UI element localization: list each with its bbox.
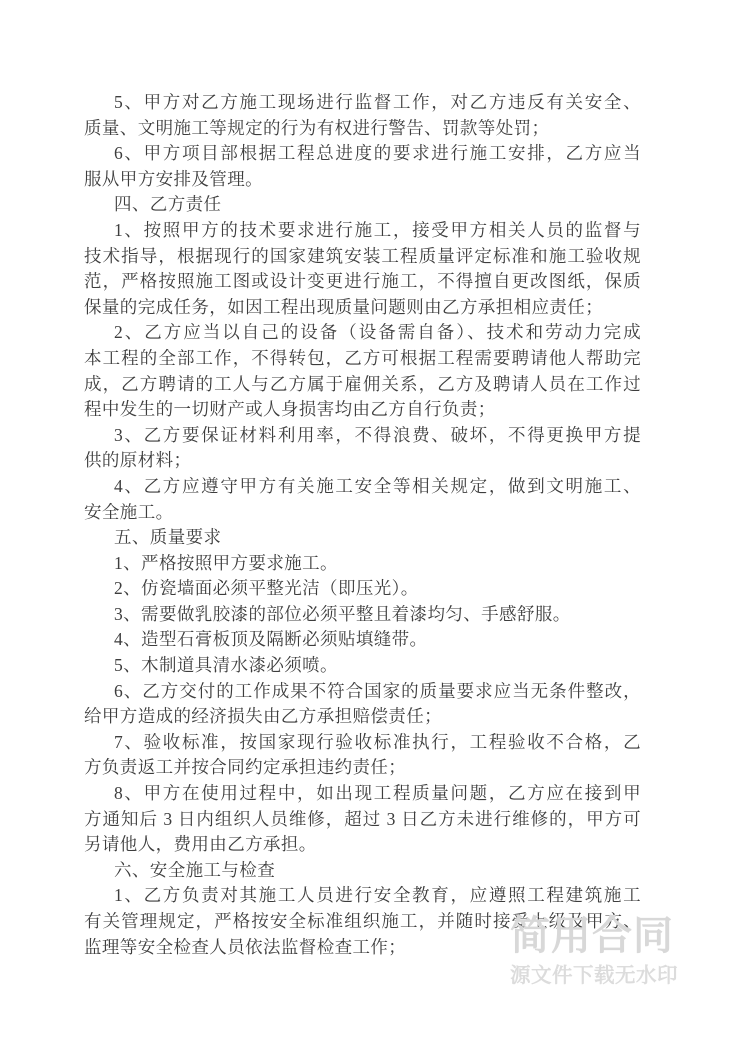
contract-body: 5、甲方对乙方施工现场进行监督工作，对乙方违反有关安全、质量、文明施工等规定的行… bbox=[84, 90, 641, 960]
watermark-subtitle: 源文件下载无水印 bbox=[510, 965, 742, 987]
text-line: 保量的完成任务，如因工程出现质量问题则由乙方承担相应责任； bbox=[84, 295, 641, 321]
text-line: 质量、文明施工等规定的行为有权进行警告、罚款等处罚； bbox=[84, 116, 641, 142]
text-line: 3、乙方要保证材料利用率，不得浪费、破坏，不得更换甲方提 bbox=[84, 423, 641, 449]
text-line: 1、乙方负责对其施工人员进行安全教育，应遵照工程建筑施工 bbox=[84, 883, 641, 909]
text-line: 4、乙方应遵守甲方有关施工安全等相关规定，做到文明施工、 bbox=[84, 474, 641, 500]
text-line: 6、甲方项目部根据工程总进度的要求进行施工安排，乙方应当 bbox=[84, 141, 641, 167]
text-line: 另请他人，费用由乙方承担。 bbox=[84, 832, 641, 858]
text-line: 程中发生的一切财产或人身损害均由乙方自行负责； bbox=[84, 397, 641, 423]
text-line: 成，乙方聘请的工人与乙方属于雇佣关系，乙方及聘请人员在工作过 bbox=[84, 372, 641, 398]
text-line: 供的原材料； bbox=[84, 448, 641, 474]
watermark: 简用合同 源文件下载无水印 bbox=[510, 914, 742, 987]
text-line: 7、验收标准，按国家现行验收标准执行，工程验收不合格，乙 bbox=[84, 730, 641, 756]
text-line: 6、乙方交付的工作成果不符合国家的质量要求应当无条件整改， bbox=[84, 679, 641, 705]
text-line: 4、造型石膏板顶及隔断必须贴填缝带。 bbox=[84, 627, 641, 653]
text-line: 六、安全施工与检查 bbox=[84, 858, 641, 884]
text-line: 给甲方造成的经济损失由乙方承担赔偿责任； bbox=[84, 704, 641, 730]
text-line: 本工程的全部工作，不得转包，乙方可根据工程需要聘请他人帮助完 bbox=[84, 346, 641, 372]
text-line: 1、严格按照甲方要求施工。 bbox=[84, 551, 641, 577]
text-line: 2、乙方应当以自己的设备（设备需自备）、技术和劳动力完成 bbox=[84, 320, 641, 346]
text-line: 四、乙方责任 bbox=[84, 192, 641, 218]
text-line: 1、按照甲方的技术要求进行施工，接受甲方相关人员的监督与 bbox=[84, 218, 641, 244]
text-line: 五、质量要求 bbox=[84, 525, 641, 551]
text-line: 5、甲方对乙方施工现场进行监督工作，对乙方违反有关安全、 bbox=[84, 90, 641, 116]
text-line: 技术指导，根据现行的国家建筑安装工程质量评定标准和施工验收规 bbox=[84, 244, 641, 270]
text-line: 2、仿瓷墙面必须平整光洁（即压光）。 bbox=[84, 576, 641, 602]
contract-page: 5、甲方对乙方施工现场进行监督工作，对乙方违反有关安全、质量、文明施工等规定的行… bbox=[0, 0, 742, 1049]
text-line: 方负责返工并按合同约定承担违约责任； bbox=[84, 755, 641, 781]
watermark-logo-text: 简用合同 bbox=[510, 914, 742, 958]
text-line: 安全施工。 bbox=[84, 500, 641, 526]
text-line: 服从甲方安排及管理。 bbox=[84, 167, 641, 193]
text-line: 方通知后 3 日内组织人员维修，超过 3 日乙方未进行维修的，甲方可 bbox=[84, 807, 641, 833]
text-line: 8、甲方在使用过程中，如出现工程质量问题，乙方应在接到甲 bbox=[84, 781, 641, 807]
text-line: 范，严格按照施工图或设计变更进行施工，不得擅自更改图纸，保质 bbox=[84, 269, 641, 295]
text-line: 5、木制道具清水漆必须喷。 bbox=[84, 653, 641, 679]
text-line: 3、需要做乳胶漆的部位必须平整且着漆均匀、手感舒服。 bbox=[84, 602, 641, 628]
